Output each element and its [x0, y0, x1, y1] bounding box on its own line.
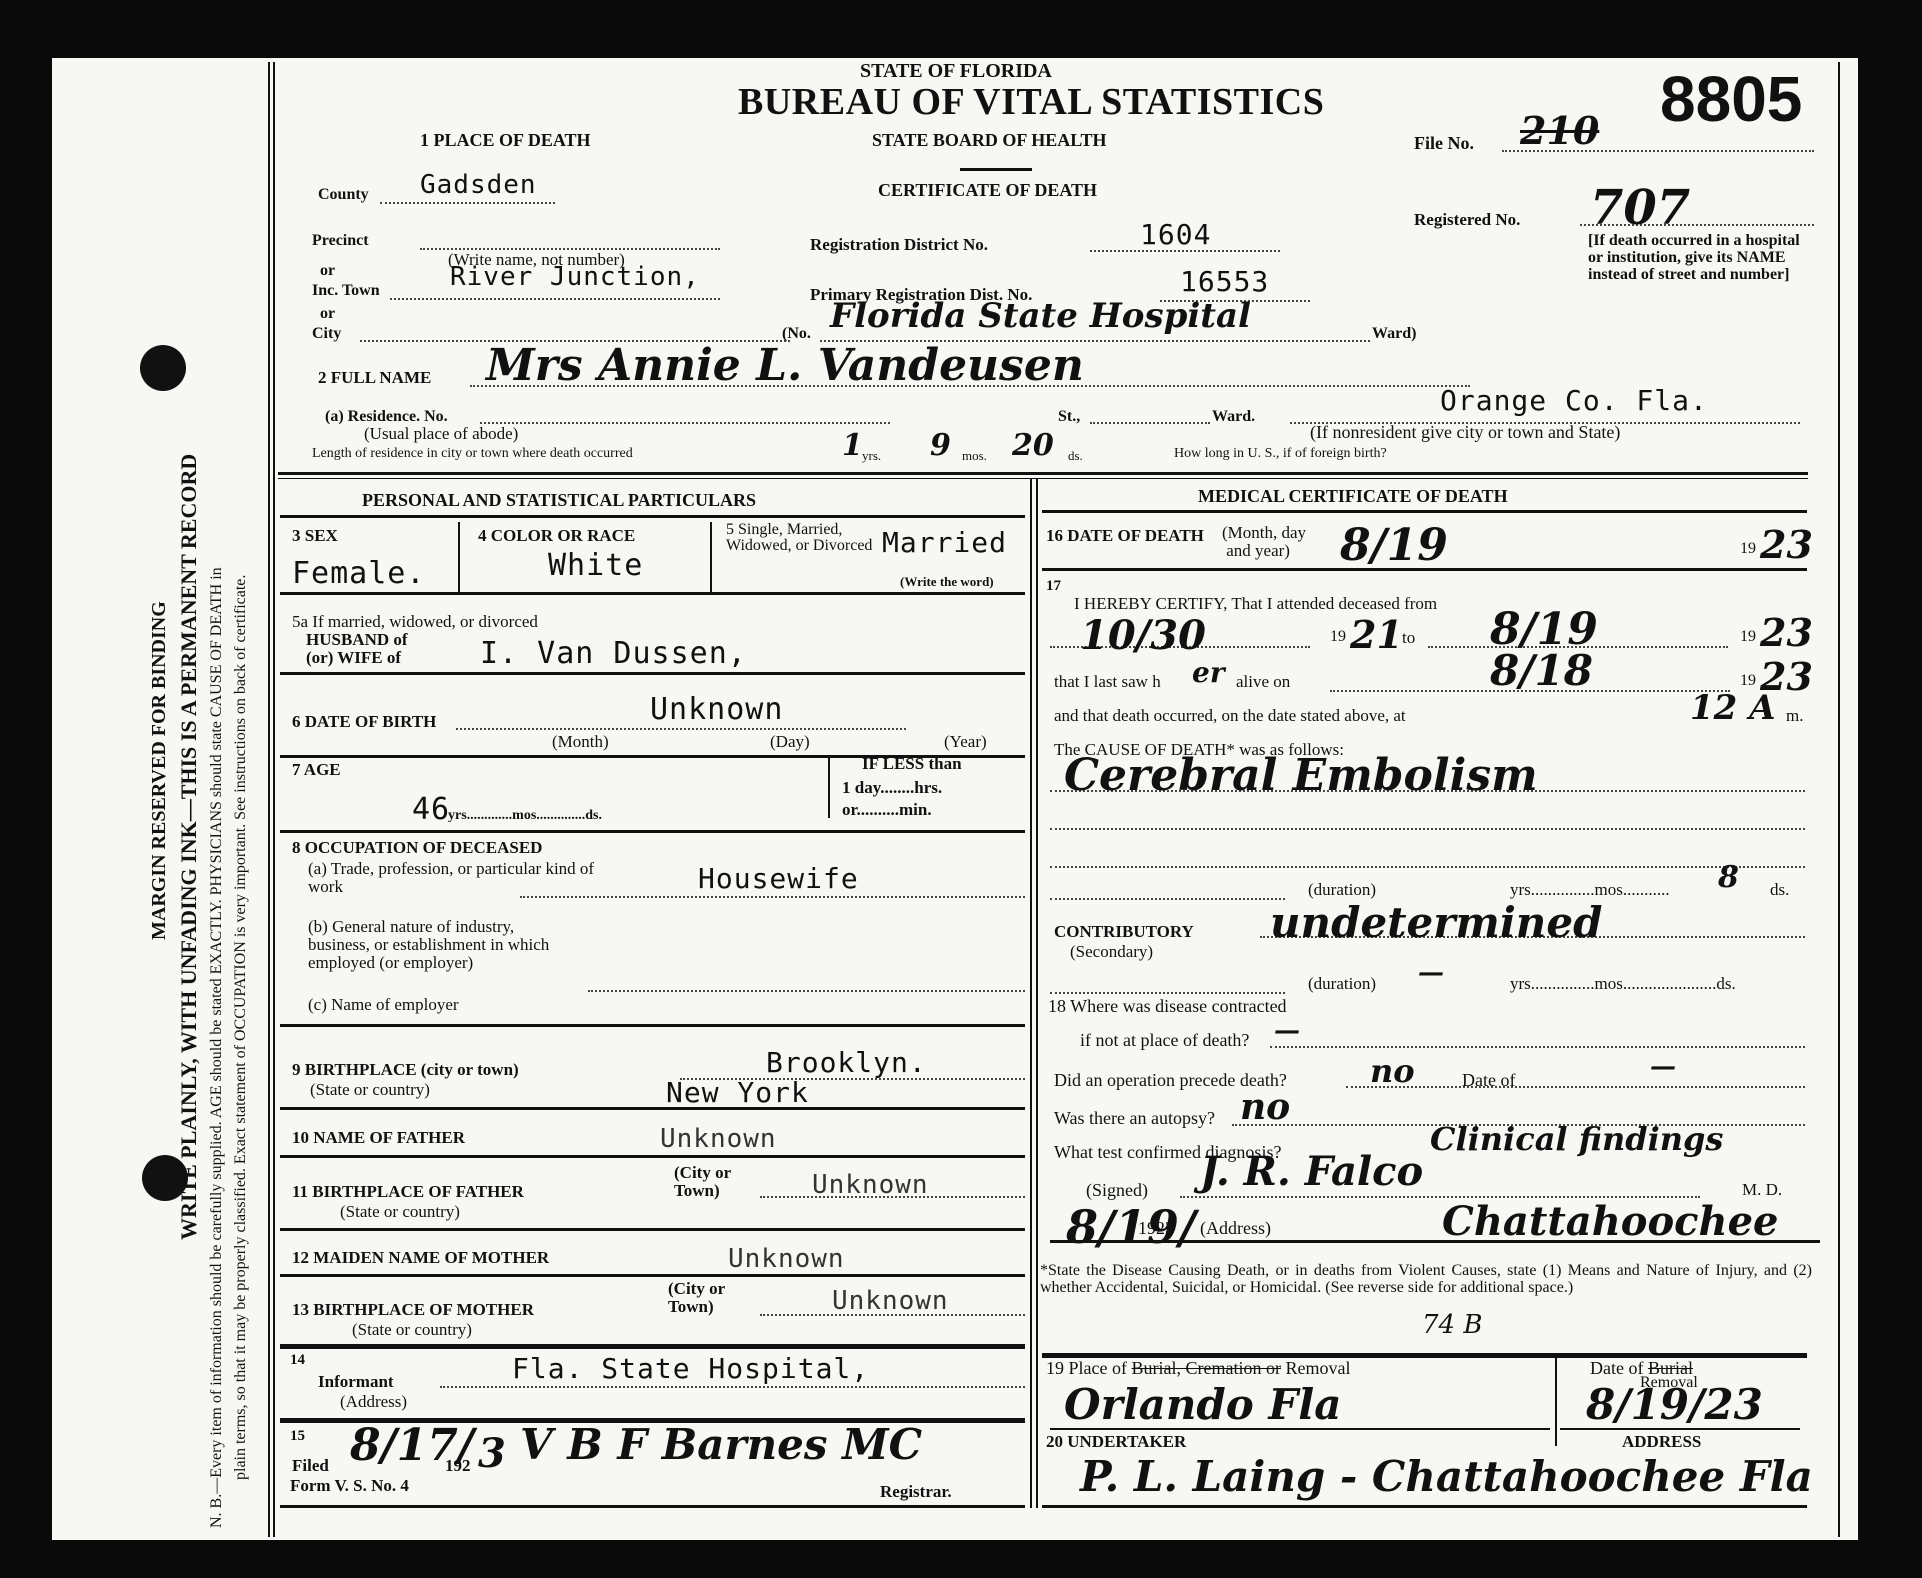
dob-line [456, 728, 906, 730]
age-units: yrs.............mos..............ds. [448, 808, 602, 824]
right-border [1838, 62, 1840, 1537]
bureau-title: BUREAU OF VITAL STATISTICS [738, 80, 1324, 124]
physician-signature: J. R. Falco [1200, 1148, 1423, 1195]
institution-value: Florida State Hospital [830, 296, 1251, 336]
margin-binding-note: MARGIN RESERVED FOR BINDING [148, 601, 171, 940]
state-country-label: (State or country) [340, 1202, 460, 1222]
time-of-death: 12 A [1690, 688, 1776, 728]
board-title: STATE BOARD OF HEALTH [872, 130, 1107, 151]
center-divider [1036, 478, 1038, 1508]
last-saw-date: 8/18 [1490, 646, 1593, 695]
registered-no-value: 707 [1590, 180, 1690, 236]
informant-line [440, 1386, 1025, 1388]
signed-label: (Signed) [1086, 1180, 1148, 1201]
informant-label: Informant [318, 1372, 394, 1392]
duration-units: yrs...............mos........... [1510, 880, 1670, 900]
contributory-label: CONTRIBUTORY [1054, 922, 1194, 942]
employer-line [588, 990, 1025, 992]
filed-year-prefix: 192 [445, 1456, 471, 1476]
margin-nb-note-2: plain terms, so that it may be properly … [232, 575, 250, 1480]
marital-label: 5 Single, Married, Widowed, or Divorced [726, 522, 886, 554]
cell-divider [458, 522, 460, 592]
dod-label-sub: (Month, day and year) [1222, 524, 1352, 560]
if-less-hrs: 1 day........hrs. [842, 778, 942, 798]
father-birthplace-value: Unknown [812, 1170, 929, 1200]
contributory-duration-line [1050, 992, 1285, 994]
mother-birthplace-label: 13 BIRTHPLACE OF MOTHER [292, 1300, 534, 1320]
county-value: Gadsden [420, 170, 537, 200]
informant-address-label: (Address) [340, 1392, 407, 1412]
q18-label: 18 Where was disease contracted [1048, 996, 1287, 1017]
cell-divider [828, 758, 830, 818]
undertaker-label: 20 UNDERTAKER [1046, 1432, 1186, 1452]
autopsy-value: no [1240, 1086, 1290, 1128]
rule [280, 830, 1025, 833]
spouse-label-2: HUSBAND of [306, 630, 408, 650]
rule [1042, 568, 1807, 571]
file-no-stamp: 8805 [1660, 62, 1802, 136]
margin-ink-note: WRITE PLAINLY, WITH UNFADING INK—THIS IS… [176, 454, 202, 1240]
place-of-death-heading: 1 PLACE OF DEATH [420, 130, 591, 151]
undertaker-address-label: ADDRESS [1622, 1432, 1701, 1452]
duration-units: yrs...............mos...................… [1510, 974, 1736, 994]
file-no-label: File No. [1414, 133, 1474, 154]
city-town-label: (City or Town) [668, 1280, 768, 1316]
registrar-signature: V B F Barnes MC [520, 1420, 922, 1469]
rule [280, 672, 1025, 675]
foreign-birth-label: How long in U. S., if of foreign birth? [1174, 446, 1387, 462]
binding-hole-top [140, 345, 186, 391]
if-less-min: or..........min. [842, 800, 932, 820]
dob-value: Unknown [650, 692, 783, 727]
attended-from-year: 21 [1350, 612, 1403, 657]
year-prefix: 19 [1330, 628, 1346, 646]
city-label: City [312, 325, 341, 343]
operation-value: no [1370, 1052, 1415, 1090]
day-label: (Day) [770, 732, 810, 752]
write-word-note: (Write the word) [900, 574, 994, 590]
q18-value: — [1274, 1016, 1300, 1046]
precinct-label: Precinct [312, 232, 369, 250]
rule [280, 1505, 1025, 1508]
city-town-label: (City or Town) [674, 1164, 774, 1200]
burial-place-label: 19 Place of Burial, Cremation or Removal [1046, 1358, 1350, 1379]
residence-no-line [480, 422, 890, 424]
margin-nb-note-1: N. B.—Every item of information should b… [208, 567, 226, 1528]
margin-rule [273, 62, 275, 1537]
mother-birthplace-value: Unknown [832, 1286, 949, 1316]
full-name-label: 2 FULL NAME [318, 368, 431, 388]
duration-label: (duration) [1308, 880, 1376, 900]
informant-value: Fla. State Hospital, [512, 1352, 869, 1385]
item-17-number: 17 [1046, 578, 1061, 595]
rule [1042, 510, 1807, 513]
operation-date-value: — [1650, 1052, 1676, 1082]
year-label: (Year) [944, 732, 987, 752]
last-saw-pronoun: er [1192, 656, 1225, 689]
rule [280, 515, 1025, 518]
town-line [390, 298, 720, 300]
registrar-label: Registrar. [880, 1482, 952, 1502]
residence-ward-line [1090, 422, 1210, 424]
yrs-label: yrs. [862, 448, 881, 464]
dod-value: 8/19 [1340, 520, 1448, 571]
margin-rule [268, 62, 270, 1537]
race-label: 4 COLOR OR RACE [478, 526, 635, 546]
certificate-title: CERTIFICATE OF DEATH [878, 180, 1097, 201]
occupation-value: Housewife [698, 862, 859, 895]
filed-number: 15 [290, 1428, 305, 1445]
file-no-struck: 210 [1520, 108, 1599, 153]
town-value: River Junction, [450, 262, 700, 292]
filed-year: 3 [478, 1430, 506, 1477]
residence-mos: 9 [930, 428, 951, 463]
duration-line [1050, 898, 1285, 900]
dod-label-main: 16 DATE OF DEATH [1046, 526, 1204, 546]
test-value: Clinical findings [1430, 1120, 1723, 1158]
sex-label: 3 SEX [292, 526, 338, 546]
medical-heading: MEDICAL CERTIFICATE OF DEATH [1198, 486, 1508, 507]
rule [280, 1024, 1025, 1027]
mother-label: 12 MAIDEN NAME OF MOTHER [292, 1248, 549, 1268]
cause-line-3 [1050, 866, 1805, 868]
spouse-label-3: (or) WIFE of [306, 648, 401, 668]
month-label: (Month) [552, 732, 609, 752]
center-divider [1030, 478, 1032, 1508]
cell-divider [710, 522, 712, 592]
length-residence-label: Length of residence in city or town wher… [312, 446, 633, 462]
residence-ward-label: Ward. [1212, 408, 1255, 426]
occupation-a-label: (a) Trade, profession, or particular kin… [308, 860, 608, 896]
contributory-duration: — [1418, 958, 1444, 988]
father-birthplace-label: 11 BIRTHPLACE OF FATHER [292, 1182, 524, 1202]
cause-line-2 [1050, 828, 1805, 830]
birthplace-city: Brooklyn. [766, 1046, 927, 1079]
burial-place-value: Orlando Fla [1064, 1380, 1341, 1429]
ds-label: ds. [1068, 448, 1083, 464]
dob-label: 6 DATE OF BIRTH [292, 712, 436, 732]
reg-district-label: Registration District No. [810, 235, 988, 255]
birthplace-state-label: (State or country) [310, 1080, 430, 1100]
occupation-heading: 8 OCCUPATION OF DECEASED [292, 838, 542, 858]
footnote: *State the Disease Causing Death, or in … [1040, 1262, 1812, 1296]
to-label: to [1402, 628, 1415, 648]
operation-line [1346, 1086, 1805, 1088]
form-number: Form V. S. No. 4 [290, 1476, 409, 1496]
spouse-label-1: 5a If married, widowed, or divorced [292, 612, 538, 632]
county-label: County [318, 186, 369, 204]
time-of-death-label: and that death occurred, on the date sta… [1054, 706, 1406, 726]
contributory-value: undetermined [1270, 898, 1602, 947]
father-value: Unknown [660, 1124, 777, 1154]
cause-value: Cerebral Embolism [1064, 750, 1538, 801]
sign-year: 1923 [1138, 1218, 1174, 1239]
occupation-b-label: (b) General nature of industry, business… [308, 918, 568, 972]
operation-date-label: Date of [1462, 1070, 1515, 1091]
attended-to-year: 23 [1760, 610, 1813, 655]
registered-no-label: Registered No. [1414, 210, 1520, 230]
rule [1042, 1505, 1807, 1508]
occupation-c-label: (c) Name of employer [308, 995, 459, 1015]
or-label: or [320, 305, 335, 323]
section-rule [278, 478, 1808, 479]
residence-value: Orange Co. Fla. [1440, 384, 1708, 417]
rule [280, 1228, 1025, 1231]
rule [280, 1155, 1025, 1158]
rule [280, 1344, 1025, 1349]
nonresident-note: (If nonresident give city or town and St… [1310, 422, 1620, 443]
physician-address-label: (Address) [1200, 1218, 1271, 1239]
county-line [380, 202, 555, 204]
undertaker-value: P. L. Laing - Chattahoochee Fla [1080, 1452, 1813, 1501]
mother-value: Unknown [728, 1244, 845, 1274]
residence-st-label: St., [1058, 408, 1080, 426]
sex-value: Female. [292, 556, 425, 591]
hospital-note: [If death occurred in a hospital or inst… [1588, 232, 1808, 283]
cell-divider [1555, 1356, 1557, 1446]
mos-label: mos. [962, 448, 987, 464]
primary-dist-value: 16553 [1180, 265, 1269, 298]
dod-year: 23 [1760, 522, 1813, 567]
sign-date: 8/19/ [1066, 1200, 1196, 1254]
rule [280, 592, 1025, 595]
town-label: Inc. Town [312, 282, 380, 300]
burial-date-value: 8/19/23 [1586, 1380, 1763, 1429]
m-label: m. [1786, 706, 1803, 726]
cause-duration-ds: 8 [1718, 860, 1739, 895]
personal-heading: PERSONAL AND STATISTICAL PARTICULARS [362, 490, 756, 511]
duration-label: (duration) [1308, 974, 1376, 994]
q18-sub-label: if not at place of death? [1080, 1030, 1249, 1051]
divider [960, 168, 1032, 171]
father-label: 10 NAME OF FATHER [292, 1128, 465, 1148]
physician-address: Chattahoochee [1442, 1198, 1778, 1245]
rule [280, 1107, 1025, 1110]
or-label: or [320, 262, 335, 280]
secondary-label: (Secondary) [1070, 942, 1153, 962]
rule [280, 1274, 1025, 1277]
spouse-value: I. Van Dussen, [480, 636, 747, 671]
code-value: 74 B [1422, 1310, 1482, 1340]
ds-label: ds. [1770, 880, 1789, 900]
filed-label: Filed [292, 1456, 329, 1476]
rule [1050, 1428, 1550, 1430]
if-less-label: IF LESS than [862, 754, 962, 774]
age-label: 7 AGE [292, 760, 341, 780]
attended-from: 10/30 [1080, 612, 1206, 659]
full-name-value: Mrs Annie L. Vandeusen [486, 340, 1084, 391]
rule [1560, 1428, 1800, 1430]
informant-number: 14 [290, 1352, 305, 1369]
residence-ds: 20 [1012, 428, 1054, 463]
birthplace-state: New York [666, 1076, 809, 1109]
marital-value: Married [882, 526, 1007, 559]
age-value: 46 [412, 792, 450, 827]
md-label: M. D. [1742, 1180, 1782, 1200]
abode-note: (Usual place of abode) [364, 424, 518, 444]
section-rule [278, 472, 1808, 475]
reg-district-value: 1604 [1140, 218, 1211, 251]
rule [1050, 1240, 1820, 1243]
q18-line [1270, 1046, 1805, 1048]
state-country-label: (State or country) [352, 1320, 472, 1340]
year-prefix: 19 [1740, 628, 1756, 646]
certify-text: I HEREBY CERTIFY, That I attended deceas… [1074, 594, 1804, 614]
race-value: White [548, 548, 643, 583]
alive-on-label: alive on [1236, 672, 1290, 692]
autopsy-label: Was there an autopsy? [1054, 1108, 1215, 1129]
occupation-line [520, 896, 1025, 898]
birthplace-label: 9 BIRTHPLACE (city or town) [292, 1060, 519, 1080]
ward-label: Ward) [1372, 325, 1416, 343]
residence-yrs: 1 [842, 428, 863, 463]
dod-year-prefix: 19 [1740, 540, 1756, 558]
last-saw-label: that I last saw h [1054, 672, 1161, 692]
